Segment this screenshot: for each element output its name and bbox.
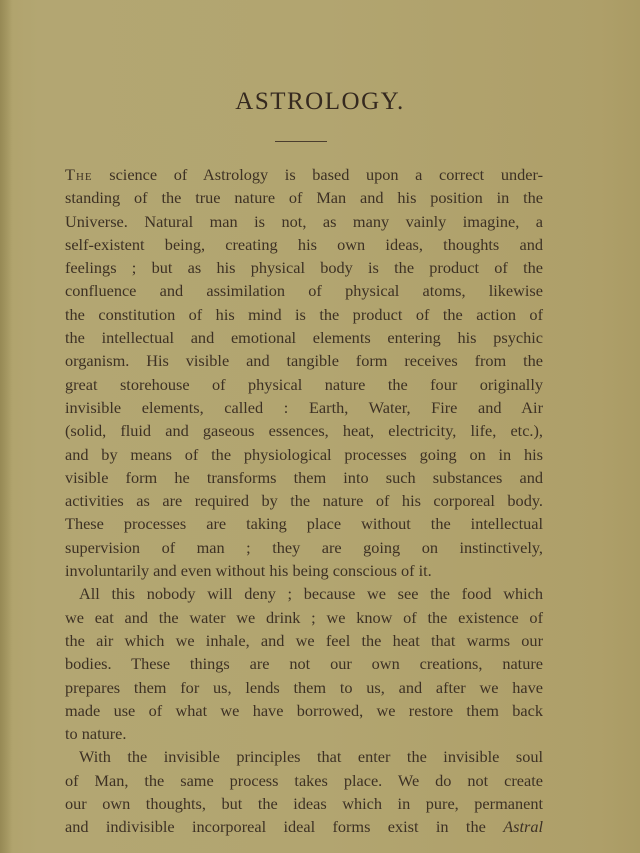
text-line: involuntarily and even without his being… — [65, 559, 543, 582]
title-divider — [275, 141, 327, 142]
text-line: invisible elements, called : Earth, Wate… — [65, 396, 543, 419]
text-line: The science of Astrology is based upon a… — [65, 163, 543, 186]
text-line: These processes are taking place without… — [65, 512, 543, 535]
text-line: self-existent being, creating his own id… — [65, 233, 543, 256]
text-line: of Man, the same process takes place. We… — [65, 769, 543, 792]
text-line: (solid, fluid and gaseous essences, heat… — [65, 419, 543, 442]
text-line: to nature. — [65, 722, 543, 745]
chapter-body: The science of Astrology is based upon a… — [65, 163, 543, 839]
text-line: the air which we inhale, and we feel the… — [65, 629, 543, 652]
drop-lead-word: The — [65, 165, 93, 184]
text-line: organism. His visible and tangible form … — [65, 349, 543, 372]
text-line: we eat and the water we drink ; we know … — [65, 606, 543, 629]
text-line: the constitution of his mind is the prod… — [65, 303, 543, 326]
text-line: our own thoughts, but the ideas which in… — [65, 792, 543, 815]
text-line: All this nobody will deny ; because we s… — [65, 582, 543, 605]
text-line: the intellectual and emotional elements … — [65, 326, 543, 349]
text-line: great storehouse of physical nature the … — [65, 373, 543, 396]
paragraph-1: The science of Astrology is based upon a… — [65, 163, 543, 582]
text-line: standing of the true nature of Man and h… — [65, 186, 543, 209]
text-line: and indivisible incorporeal ideal forms … — [65, 815, 543, 838]
paragraph-3: With the invisible principles that enter… — [65, 745, 543, 838]
page-gutter-shadow — [0, 0, 12, 853]
text-line: and by means of the physiological proces… — [65, 443, 543, 466]
text-line: confluence and assimilation of physical … — [65, 279, 543, 302]
text-line: made use of what we have borrowed, we re… — [65, 699, 543, 722]
text-line: Universe. Natural man is not, as many va… — [65, 210, 543, 233]
chapter-title: ASTROLOGY. — [0, 88, 640, 116]
text-line: With the invisible principles that enter… — [65, 745, 543, 768]
paragraph-2: All this nobody will deny ; because we s… — [65, 582, 543, 745]
italic-term: Astral — [503, 817, 543, 836]
text-line: prepares them for us, lends them to us, … — [65, 676, 543, 699]
text-line: activities as are required by the nature… — [65, 489, 543, 512]
text-line: feelings ; but as his physical body is t… — [65, 256, 543, 279]
text-line: visible form he transforms them into suc… — [65, 466, 543, 489]
book-page: ASTROLOGY. The science of Astrology is b… — [0, 0, 640, 853]
text-line: bodies. These things are not our own cre… — [65, 652, 543, 675]
text-line: supervision of man ; they are going on i… — [65, 536, 543, 559]
